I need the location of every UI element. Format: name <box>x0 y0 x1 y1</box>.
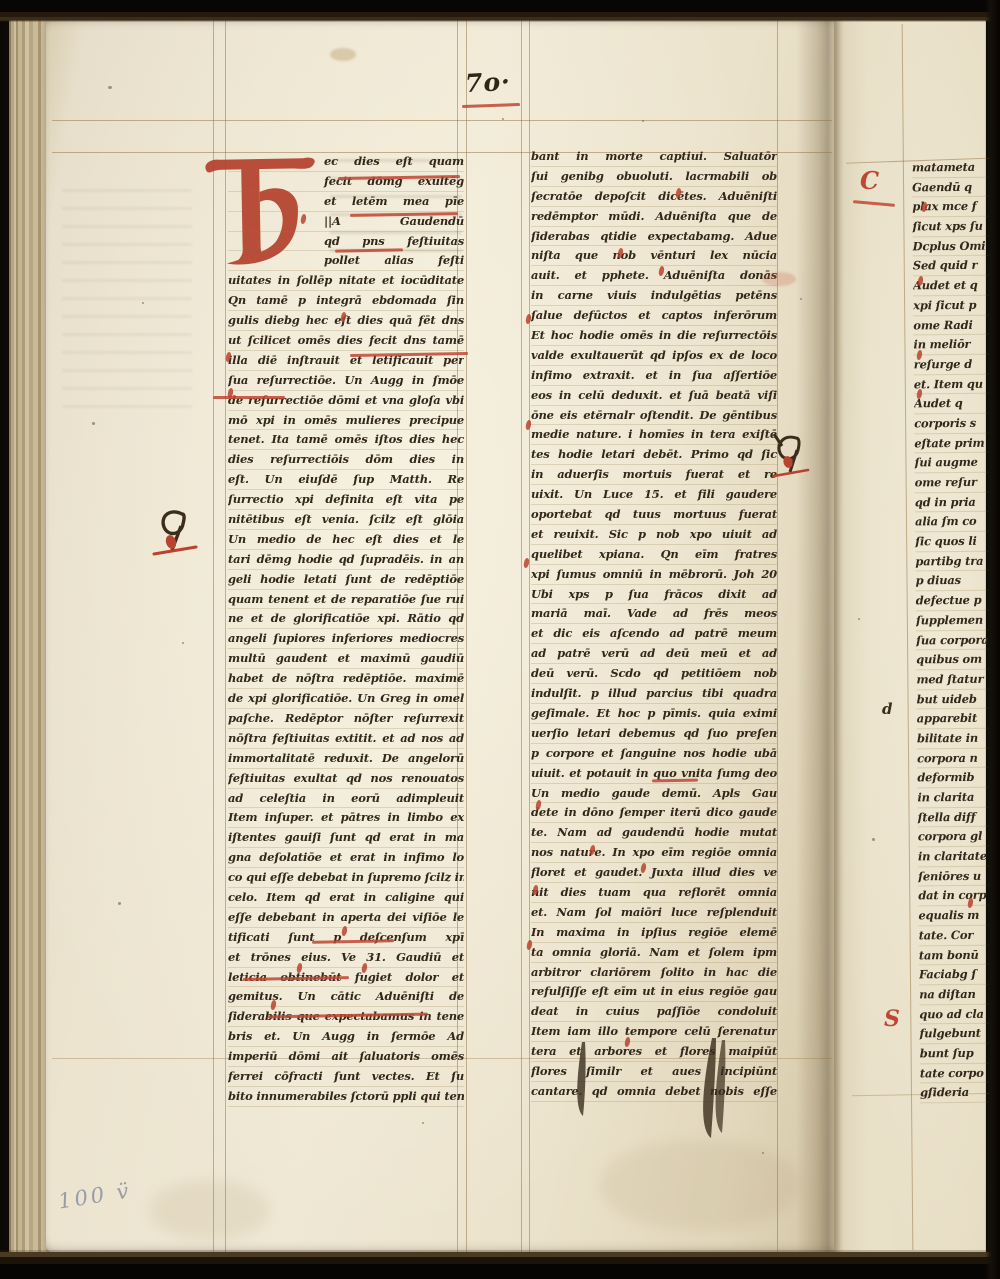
manuscript-text-line: ſurrectio xpi definita eſt vita pe <box>228 490 464 510</box>
parchment-stain <box>330 48 356 61</box>
manuscript-text-line: ſecratōe depoſcit dicētes. Aduēniſti <box>531 187 777 207</box>
manuscript-text-line: ut ſcilicet omēs dies fecit dns tamē <box>228 331 464 351</box>
nota-mark-left-margin <box>150 506 202 562</box>
manuscript-text-line: multū gaudent et maximū gaudiū <box>228 649 464 669</box>
manuscript-text-line: ōne eis etērnalr oſtendit. De gēntibus <box>531 406 777 426</box>
manuscript-text-line: Un medio de hec eſt dies et le <box>228 530 464 550</box>
ink-speck <box>762 1152 764 1154</box>
page-number: 7o· <box>464 67 511 98</box>
manuscript-text-line: et letēm mea pīe <box>228 192 464 212</box>
nota-mark-right-margin <box>768 432 814 482</box>
manuscript-text-line: Ubi xps p ſua frācos dixit ad <box>531 585 777 605</box>
ink-speck <box>858 618 860 620</box>
manuscript-text-line: valde exultauerūt qd ipſos ex de loco <box>531 346 777 366</box>
ink-speck <box>108 86 112 89</box>
photo-top-edge <box>0 0 1000 22</box>
manuscript-text-line: geli hodie letati ſunt de redēptiōe <box>228 570 464 590</box>
manuscript-text-line: redēmptor mūdi. Aduēniſta que de <box>531 207 777 227</box>
ink-speck <box>422 1122 424 1124</box>
ruling-line <box>529 20 530 1252</box>
manuscript-text-line: ſiderabas qtidie expectabamg. Adue <box>531 227 777 247</box>
manuscript-text-line: ſui genibg obuoluti. lacrmabili ob <box>531 167 777 187</box>
manuscript-text-line: ne et de glorificatiōe xpi. Rātio qd <box>228 609 464 629</box>
ink-speck <box>92 422 95 425</box>
ruling-line <box>777 20 778 1252</box>
manuscript-text-line: dete in dōno ſemper iterū dico gaude <box>531 803 777 823</box>
manuscript-text-line: imperiū dōmi ait ſaluatoris omēs <box>228 1047 464 1067</box>
manuscript-text-line: ſiderabilis que expectabamus in tene <box>228 1007 464 1027</box>
ink-speck <box>800 298 802 300</box>
manuscript-text-line: nit dies tuam qua reflorēt omnia <box>531 883 777 903</box>
manuscript-text-line: immortalitatē reduxit. De angelorū <box>228 749 464 769</box>
manuscript-text-line: auit. et pphete. Aduēniſta donās <box>531 266 777 286</box>
manuscript-text-line: feſtiuitas exultat qd nos renouatos <box>228 769 464 789</box>
show-through-text <box>62 180 192 410</box>
manuscript-text-line: tenet. Ita tamē omēs iſtos dies hec <box>228 430 464 450</box>
ruling-line <box>52 120 832 121</box>
manuscript-text-line: co qui eſſe debebat in ſupremo ſcilz in <box>228 868 464 888</box>
manuscript-text-line: ſua reſurrectiōe. Un Augg in ſmōe <box>228 371 464 391</box>
manuscript-text-line: medie nature. i homīes in tera exiſtē <box>531 425 777 445</box>
manuscript-text-line: Qn tamē p integrā ebdomada ſin <box>228 291 464 311</box>
manuscript-text-line: Et hoc hodie omēs in die reſurrectōis <box>531 326 777 346</box>
binding-gutter-shadow <box>796 18 836 1254</box>
ink-speck <box>142 302 144 304</box>
ink-speck <box>502 118 504 120</box>
manuscript-text-line: gna deſolatiōe et erat in infimo lo <box>228 848 464 868</box>
manuscript-text-line: et dic eis aſcendo ad patrē meum <box>531 624 777 644</box>
facing-margin-letter-c: C <box>860 166 879 195</box>
manuscript-text-line: gemitus. Un cātic Aduēniſti de <box>228 987 464 1007</box>
ink-speck <box>642 120 644 122</box>
manuscript-text-line: ec dies eſt quam <box>228 152 464 172</box>
manuscript-text-line: p corpore et ſanguine nos hodie ubā <box>531 744 777 764</box>
manuscript-text-line: ad celeſtia in eorū adimpleuit <box>228 789 464 809</box>
manuscript-text-line: deat in cuius paſſiōe condoluit <box>531 1002 777 1022</box>
manuscript-text-line: mō xpi in omēs mulieres precipue <box>228 411 464 431</box>
manuscript-text-line: ſalue defūctos et captos inferōrum <box>531 306 777 326</box>
manuscript-text-line: eſſe debebant in aperta dei viſiōe le <box>228 908 464 928</box>
manuscript-text-line: oportebat qd tuus mortuus fuerat <box>531 505 777 525</box>
manuscript-text-line: deū verū. Scdo qd petitiōem nob <box>531 664 777 684</box>
manuscript-photo: 7o· h ec dies eſt quamfecit dōmg exultēg… <box>0 0 1000 1279</box>
manuscript-text-line: mariā maī. Vade ad frēs meos <box>531 604 777 624</box>
manuscript-text-line: geſimale. Et hoc p pīmis. quia eximi <box>531 704 777 724</box>
manuscript-text-line: de reſurrectiōe dōmi et vna gloſa vbi <box>228 391 464 411</box>
manuscript-text-line: uerſio letari debemus qd ſuo preſen <box>531 724 777 744</box>
left-text-column: ec dies eſt quamfecit dōmg exultēget let… <box>228 152 464 1107</box>
manuscript-text-line: niſta que nob vēnturi lex nūcia <box>531 246 777 266</box>
manuscript-text-line: bito innumerabiles ſctorū ppli qui tene <box>228 1087 464 1107</box>
manuscript-text-line: paſche. Redēptor nōſter reſurrexit <box>228 709 464 729</box>
manuscript-text-line: et reuixit. Sic p nob xpo uiuit ad <box>531 525 777 545</box>
manuscript-text-line: in carne viuis indulgētias petēns <box>531 286 777 306</box>
manuscript-text-line: Un medio gaude demū. Apls Gau <box>531 784 777 804</box>
manuscript-text-line: bris et. Un Augg in ſermōe Ad <box>228 1027 464 1047</box>
manuscript-text-line: tari dēmg hodie qd ſupradēis. in an <box>228 550 464 570</box>
manuscript-text-line: refulſiſſe eſt eīm ut in eius regiōe gau <box>531 982 777 1002</box>
right-text-column: bant in morte captiui. Saluatōrſui genib… <box>531 147 777 1102</box>
manuscript-text-line: de xpi glorificatiōe. Un Greg in omel <box>228 689 464 709</box>
manuscript-text-line: indulſit. p illud parcius tibi quadra <box>531 684 777 704</box>
manuscript-text-line: xpi ſumus omniū in mēbrorū. Joh 20 <box>531 565 777 585</box>
red-offset-smudge <box>762 272 796 286</box>
manuscript-text-line: tes hodie letari debēt. Primo qd ſic <box>531 445 777 465</box>
manuscript-text-line: eos in celū deduxit. et ſuā beatā viſi <box>531 386 777 406</box>
ink-speck <box>118 902 121 905</box>
manuscript-text-line: infimo extraxit. et in ſua aſſertiōe <box>531 366 777 386</box>
parchment-stain <box>150 1180 270 1240</box>
manuscript-text-line: iſtentes gauiſi ſunt qd erat in ma <box>228 828 464 848</box>
manuscript-text-line: habet de nōſtra redēptiōe. maximē <box>228 669 464 689</box>
parchment-stain <box>600 1140 800 1230</box>
ink-speck <box>872 838 875 841</box>
manuscript-text-line: ferrei cōfracti ſunt vectes. Et ſu <box>228 1067 464 1087</box>
manuscript-text-line: In maxima in ipſius regiōe elemē <box>531 923 777 943</box>
facing-margin-letter-s: S <box>884 1006 900 1032</box>
manuscript-text-line: Item inſuper. et pātres in limbo ex <box>228 808 464 828</box>
ruling-line <box>521 20 522 1252</box>
manuscript-text-line: in aduerſis mortuis fuerat et re <box>531 465 777 485</box>
manuscript-text-line: ta omnia gloriā. Nam et ſolem ipm <box>531 943 777 963</box>
manuscript-text-line: et. Nam ſol maiōri luce reſplenduit <box>531 903 777 923</box>
manuscript-text-line: floret et gaudet. Juxta illud dies ve <box>531 863 777 883</box>
ruling-line <box>466 20 467 1252</box>
manuscript-text-line: celo. Item qd erat in caligine qui <box>228 888 464 908</box>
manuscript-text-line: angeli ſupiores inferiores mediocres <box>228 629 464 649</box>
manuscript-text-line: pollet alias feſti <box>228 251 464 271</box>
facing-margin-letter-d: d <box>882 700 893 718</box>
manuscript-text-line: nōſtra feſtiuitas extitit. et ad nos ad <box>228 729 464 749</box>
manuscript-text-line: quelibet xpiana. Qn eīm fratres <box>531 545 777 565</box>
rubric-underline <box>213 396 285 399</box>
manuscript-text-line: quam tenent et de reparatiōe ſue rui <box>228 590 464 610</box>
manuscript-text-line: arbitror clariōrem ſolito in hac die <box>531 963 777 983</box>
manuscript-text-line: uitates in ſollēp nitate et iocūditate <box>228 271 464 291</box>
manuscript-text-line: eſt. Un eiuſdē ſup Matth. Re <box>228 470 464 490</box>
descender-flourishes <box>552 1036 762 1148</box>
manuscript-text-line: dies reſurrectiōis dōm dies in <box>228 450 464 470</box>
manuscript-text-line: bant in morte captiui. Saluatōr <box>531 147 777 167</box>
manuscript-text-line: te. Nam ad gaudendū hodie mutat <box>531 823 777 843</box>
manuscript-text-line: uixit. Un Luce 15. et fili gaudere <box>531 485 777 505</box>
photo-bottom-edge <box>0 1250 1000 1279</box>
manuscript-text-line: nitētibus eſt venia. ſcilz eſt glōia <box>228 510 464 530</box>
manuscript-text-line: et trōnes eius. Ve 31. Gaudiū et <box>228 948 464 968</box>
manuscript-text-line: ad patrē verū ad deū meū et ad <box>531 644 777 664</box>
ink-speck <box>182 642 184 644</box>
photo-right-edge <box>985 0 1000 1279</box>
manuscript-text-line: nos nature. In xpo eīm regiōe omnia <box>531 843 777 863</box>
